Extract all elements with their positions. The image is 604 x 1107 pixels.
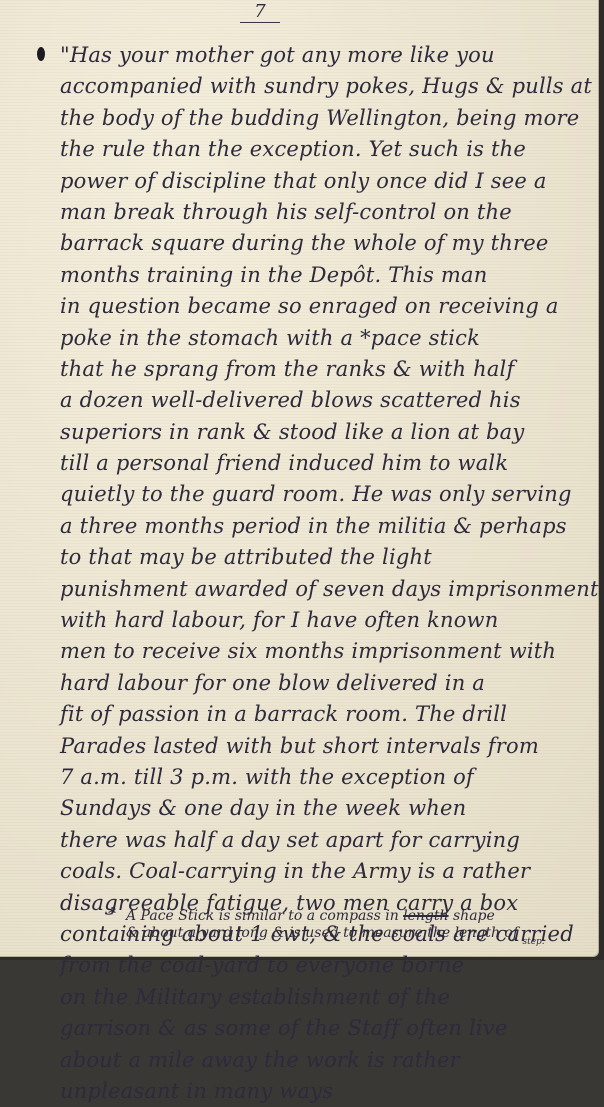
body-line: fit of passion in a barrack room. The dr… xyxy=(60,699,590,730)
struck-word: length xyxy=(403,908,448,924)
body-line: a three months period in the militia & p… xyxy=(60,511,590,542)
manuscript-page: 7 "Has your mother got any more like you… xyxy=(0,0,599,957)
body-line: 7 a.m. till 3 p.m. with the exception of xyxy=(60,762,590,793)
body-line: superiors in rank & stood like a lion at… xyxy=(60,417,590,448)
footnote-line-2: & about a yard long & is used to measure… xyxy=(112,925,592,944)
body-line: coals. Coal-carrying in the Army is a ra… xyxy=(60,856,590,887)
ink-blot xyxy=(37,47,45,61)
footnote-insert: step. xyxy=(522,937,544,947)
body-line: in question became so enraged on receivi… xyxy=(60,291,590,322)
body-line: "Has your mother got any more like you xyxy=(60,40,590,71)
body-line: from the coal-yard to everyone borne xyxy=(60,950,590,960)
body-line: till a personal friend induced him to wa… xyxy=(60,448,590,479)
footnote-marker: * xyxy=(108,904,116,923)
body-line: Sundays & one day in the week when xyxy=(60,793,590,824)
body-line: the body of the budding Wellington, bein… xyxy=(60,103,590,134)
body-line: months training in the Depôt. This man xyxy=(60,260,590,291)
footnote-text: shape xyxy=(449,908,495,924)
body-line: power of discipline that only once did I… xyxy=(60,166,590,197)
body-line: man break through his self-control on th… xyxy=(60,197,590,228)
body-line: accompanied with sundry pokes, Hugs & pu… xyxy=(60,71,590,102)
body-line: punishment awarded of seven days impriso… xyxy=(60,574,590,605)
footnote-line-1: A Pace Stick is similar to a compass in … xyxy=(112,908,592,925)
body-line: Parades lasted with but short intervals … xyxy=(60,731,590,762)
body-line: barrack square during the whole of my th… xyxy=(60,228,590,259)
body-line: with hard labour, for I have often known xyxy=(60,605,590,636)
body-line: to that may be attributed the light xyxy=(60,542,590,573)
body-line: hard labour for one blow delivered in a xyxy=(60,668,590,699)
body-line: there was half a day set apart for carry… xyxy=(60,825,590,856)
page-number: 7 xyxy=(240,2,280,23)
body-line: quietly to the guard room. He was only s… xyxy=(60,479,590,510)
footnote: * A Pace Stick is similar to a compass i… xyxy=(112,908,592,944)
manuscript-body: "Has your mother got any more like you a… xyxy=(60,40,590,960)
body-line: that he sprang from the ranks & with hal… xyxy=(60,354,590,385)
footnote-text: & about a yard long & is used to measure… xyxy=(126,925,518,941)
body-line: a dozen well-delivered blows scattered h… xyxy=(60,385,590,416)
body-line: poke in the stomach with a *pace stick xyxy=(60,323,590,354)
footnote-text: A Pace Stick is similar to a compass in xyxy=(126,908,403,924)
body-line: men to receive six months imprisonment w… xyxy=(60,636,590,667)
body-line: the rule than the exception. Yet such is… xyxy=(60,134,590,165)
